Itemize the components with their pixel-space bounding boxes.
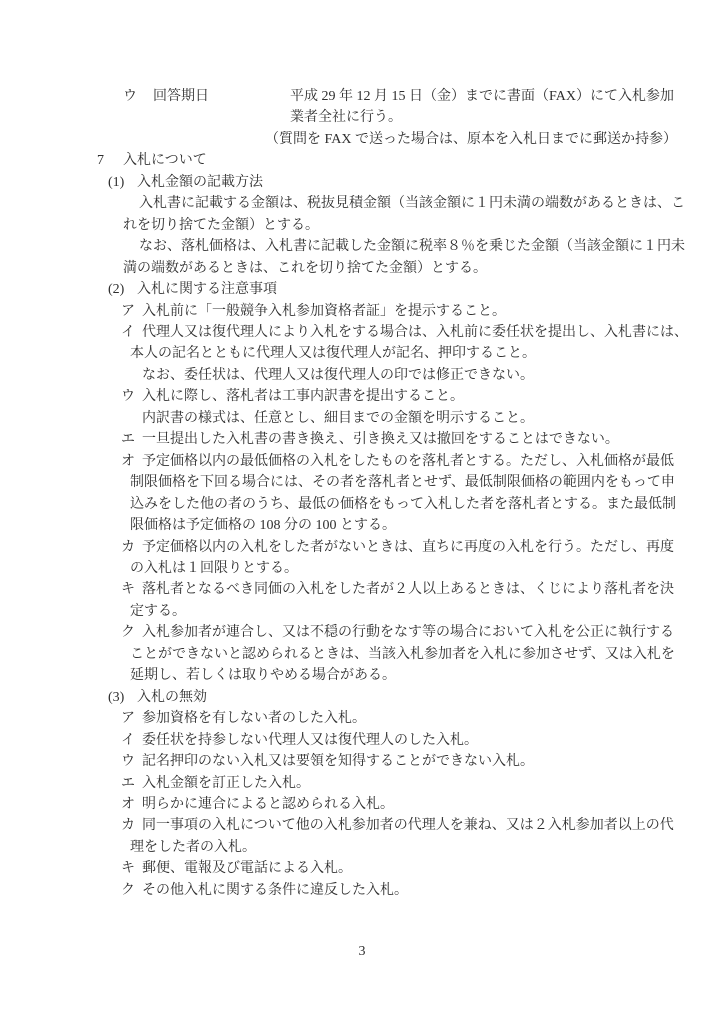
invalid-item-2: イ委任状を持参しない代理人又は復代理人のした入札。 — [97, 730, 657, 751]
section-7-heading: 7入札について — [97, 150, 657, 171]
item-text: 記名押印のない入札又は要領を知得することができない入札。 — [142, 754, 534, 769]
subsection-2-heading: (2)入札に関する注意事項 — [97, 279, 657, 300]
fax-note: （質問を FAX で送った場合は、原本を入札日までに郵送か持参） — [97, 129, 657, 150]
item-text: 明らかに連合によると認められる入札。 — [142, 797, 394, 812]
item-text: その他入札に関する条件に違反した入札。 — [142, 883, 408, 898]
item-text: 同一事項の入札について他の入札参加者の代理人を兼ね、又は２入札参加者以上の代 — [142, 818, 674, 833]
reply-deadline-value-line2: 業者全社に行う。 — [97, 107, 657, 128]
item-text: 落札者となるべき同価の入札をした者が２人以上あるときは、くじにより落札者を決 — [142, 582, 674, 597]
document-line: 定する。 — [97, 601, 657, 622]
subsection-2-title: 入札に関する注意事項 — [137, 282, 277, 297]
item-text: 一旦提出した入札書の書き換え、引き換え又は撤回をすることはできない。 — [142, 432, 619, 447]
item-kana-label: ウ — [121, 751, 142, 772]
item-kana-label: エ — [121, 773, 142, 794]
document-line: 延期し、若しくは取りやめる場合がある。 — [97, 665, 657, 686]
document-line: なお、委任状は、代理人又は復代理人の印では修正できない。 — [97, 365, 657, 386]
item-text: 入札金額を訂正した入札。 — [142, 776, 310, 791]
subsection-3-label: (3) — [108, 687, 137, 708]
item-kana-label: オ — [121, 794, 142, 815]
document-line: ことができないと認められるときは、当該入札参加者を入札に参加させず、又は入札を — [97, 644, 657, 665]
item-text: 予定価格以内の最低価格の入札をしたものを落札者とする。ただし、入札価格が最低 — [142, 454, 674, 469]
item-kana-label: ク — [121, 622, 142, 643]
item-kana-label: ア — [121, 301, 142, 322]
document-line: れを切り捨てた金額）とする。 — [97, 215, 657, 236]
item-kana-label: キ — [121, 579, 142, 600]
item-kana-label: ウ — [121, 386, 142, 407]
item-kana-label: カ — [121, 815, 142, 836]
document-line: 限価格は予定価格の 108 分の 100 とする。 — [97, 515, 657, 536]
invalid-item-1: ア参加資格を有しない者のした入札。 — [97, 708, 657, 729]
document-content: ウ回答期日平成 29 年 12 月 15 日（金）までに書面（FAX）にて入札参… — [97, 86, 657, 901]
item-kana-label: ア — [121, 708, 142, 729]
document-line: 理をした者の入札。 — [97, 837, 657, 858]
invalid-item-3: ウ記名押印のない入札又は要領を知得することができない入札。 — [97, 751, 657, 772]
notice-item-1: ア入札前に「一般競争入札参加資格者証」を提示すること。 — [97, 301, 657, 322]
document-line: 制限価格を下回る場合には、その者を落札者とせず、最低制限価格の範囲内をもって申 — [97, 472, 657, 493]
document-line: の入札は１回限りとする。 — [97, 558, 657, 579]
item-kana-label: ク — [121, 880, 142, 901]
invalid-item-6: カ同一事項の入札について他の入札参加者の代理人を兼ね、又は２入札参加者以上の代 — [97, 815, 657, 836]
invalid-item-5: オ明らかに連合によると認められる入札。 — [97, 794, 657, 815]
reply-deadline-row: ウ回答期日平成 29 年 12 月 15 日（金）までに書面（FAX）にて入札参… — [97, 86, 657, 107]
document-page: ウ回答期日平成 29 年 12 月 15 日（金）までに書面（FAX）にて入札参… — [0, 0, 724, 1024]
document-line: 込みをした他の者のうち、最低の価格をもって入札した者を落札者とする。また最低制 — [97, 494, 657, 515]
document-line: なお、落札価格は、入札書に記載した金額に税率８％を乗じた金額（当該金額に１円未 — [97, 236, 657, 257]
item-text: 郵便、電報及び電話による入札。 — [142, 861, 352, 876]
item-text: 入札に際し、落札者は工事内訳書を提出すること。 — [142, 389, 464, 404]
reply-deadline-kana: ウ — [123, 86, 153, 107]
subsection-3-title: 入札の無効 — [137, 690, 207, 705]
page-number: 3 — [0, 941, 724, 962]
document-line: 満の端数があるときは、これを切り捨てた金額）とする。 — [97, 258, 657, 279]
subsection-1-heading: (1)入札金額の記載方法 — [97, 172, 657, 193]
item-kana-label: イ — [121, 322, 142, 343]
invalid-item-7: キ郵便、電報及び電話による入札。 — [97, 858, 657, 879]
notice-item-5: オ予定価格以内の最低価格の入札をしたものを落札者とする。ただし、入札価格が最低 — [97, 451, 657, 472]
notice-item-6: カ予定価格以内の入札をした者がないときは、直ちに再度の入札を行う。ただし、再度 — [97, 537, 657, 558]
item-kana-label: キ — [121, 858, 142, 879]
notice-item-7: キ落札者となるべき同価の入札をした者が２人以上あるときは、くじにより落札者を決 — [97, 579, 657, 600]
item-kana-label: イ — [121, 730, 142, 751]
subsection-1-title: 入札金額の記載方法 — [137, 175, 263, 190]
section-7-title: 入札について — [123, 153, 207, 168]
subsection-1-label: (1) — [108, 172, 137, 193]
document-line: 内訳書の様式は、任意とし、細目までの金額を明示すること。 — [97, 408, 657, 429]
item-text: 入札前に「一般競争入札参加資格者証」を提示すること。 — [142, 304, 506, 319]
item-text: 入札参加者が連合し、又は不穏の行動をなす等の場合において入札を公正に執行する — [142, 625, 674, 640]
item-kana-label: オ — [121, 451, 142, 472]
invalid-item-8: クその他入札に関する条件に違反した入札。 — [97, 880, 657, 901]
reply-deadline-value-line1: 平成 29 年 12 月 15 日（金）までに書面（FAX）にて入札参加 — [290, 89, 674, 104]
reply-deadline-label: 回答期日 — [153, 86, 290, 107]
document-line: 本人の記名とともに代理人又は復代理人が記名、押印すること。 — [97, 343, 657, 364]
document-line: 入札書に記載する金額は、税抜見積金額（当該金額に１円未満の端数があるときは、こ — [97, 193, 657, 214]
notice-item-4: エ一旦提出した入札書の書き換え、引き換え又は撤回をすることはできない。 — [97, 429, 657, 450]
subsection-2-label: (2) — [108, 279, 137, 300]
item-text: 参加資格を有しない者のした入札。 — [142, 711, 366, 726]
section-7-number: 7 — [97, 150, 123, 171]
item-kana-label: エ — [121, 429, 142, 450]
notice-item-8: ク入札参加者が連合し、又は不穏の行動をなす等の場合において入札を公正に執行する — [97, 622, 657, 643]
item-text: 予定価格以内の入札をした者がないときは、直ちに再度の入札を行う。ただし、再度 — [142, 540, 674, 555]
item-kana-label: カ — [121, 537, 142, 558]
subsection-3-heading: (3)入札の無効 — [97, 687, 657, 708]
invalid-item-4: エ入札金額を訂正した入札。 — [97, 773, 657, 794]
notice-item-2: イ代理人又は復代理人により入札をする場合は、入札前に委任状を提出し、入札書には、 — [97, 322, 657, 343]
notice-item-3: ウ入札に際し、落札者は工事内訳書を提出すること。 — [97, 386, 657, 407]
item-text: 代理人又は復代理人により入札をする場合は、入札前に委任状を提出し、入札書には、 — [142, 325, 688, 340]
item-text: 委任状を持参しない代理人又は復代理人のした入札。 — [142, 733, 478, 748]
